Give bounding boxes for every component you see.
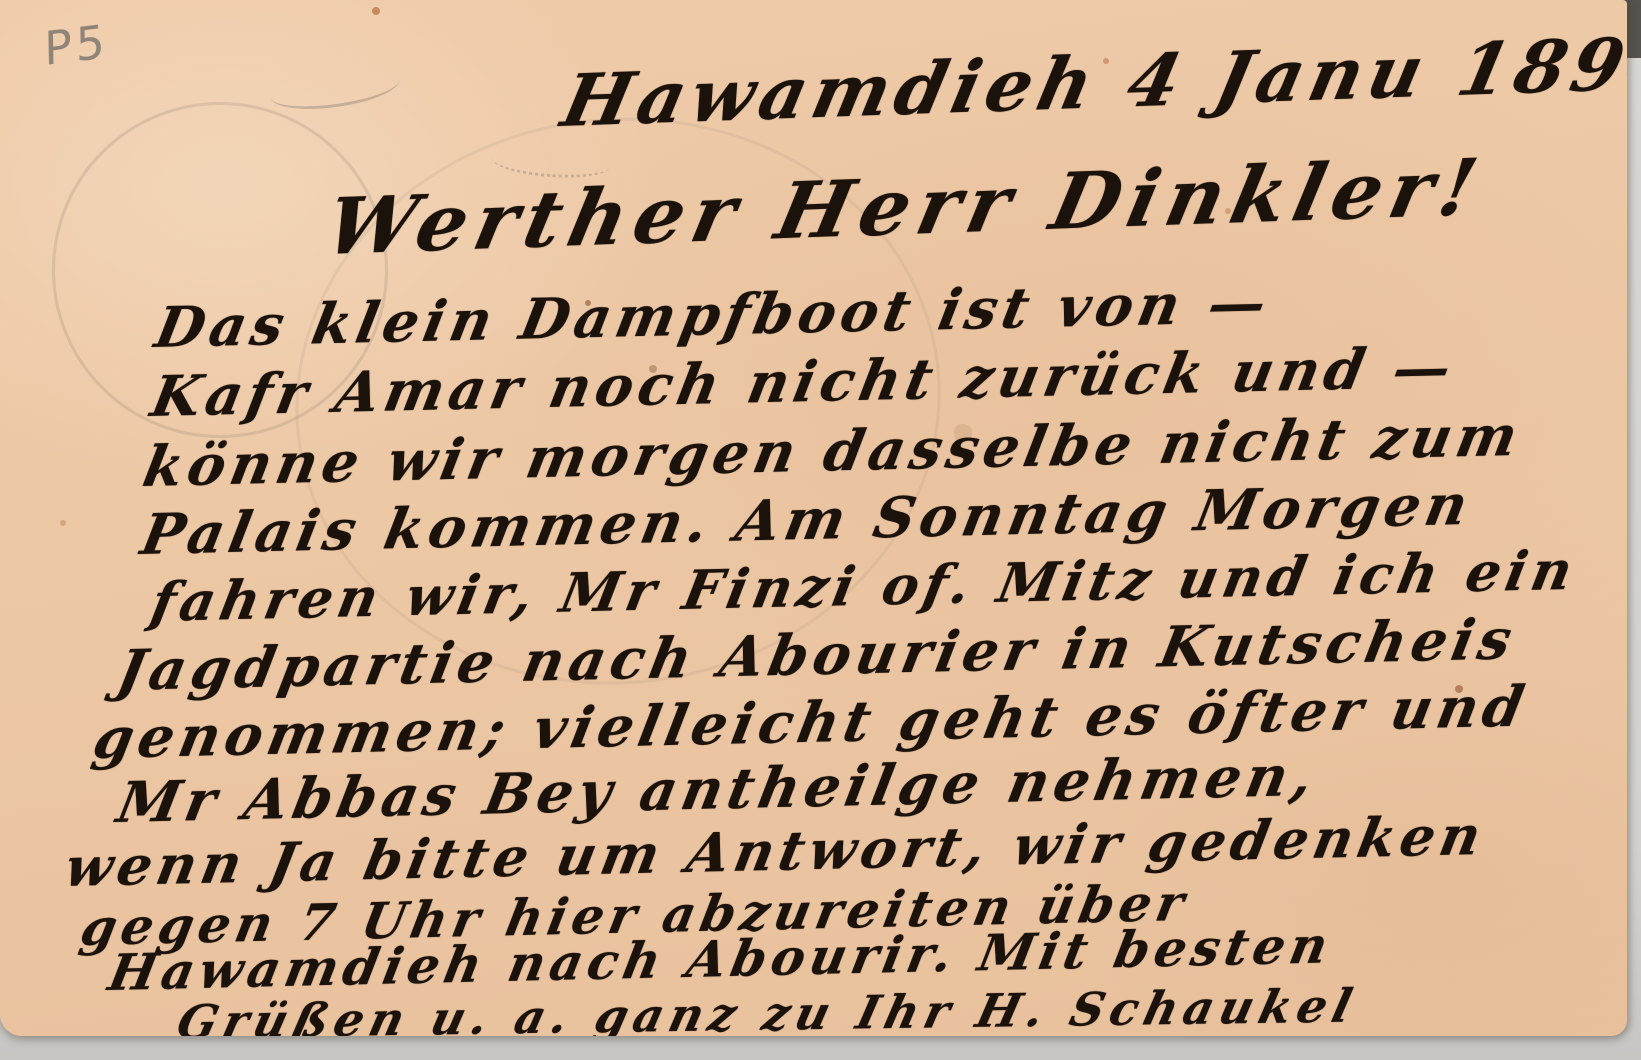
manuscript-place-date: Hawamdieh 4 Janu 1894. bbox=[555, 18, 1627, 143]
postcard: P5 Hawamdieh 4 Janu 1894. Werther Herr D… bbox=[0, 0, 1627, 1036]
pencil-catalog-mark: P5 bbox=[44, 14, 109, 76]
postcard-scan: P5 Hawamdieh 4 Janu 1894. Werther Herr D… bbox=[0, 0, 1641, 1060]
pencil-smudge bbox=[268, 61, 402, 116]
paper-stains bbox=[0, 0, 6, 6]
